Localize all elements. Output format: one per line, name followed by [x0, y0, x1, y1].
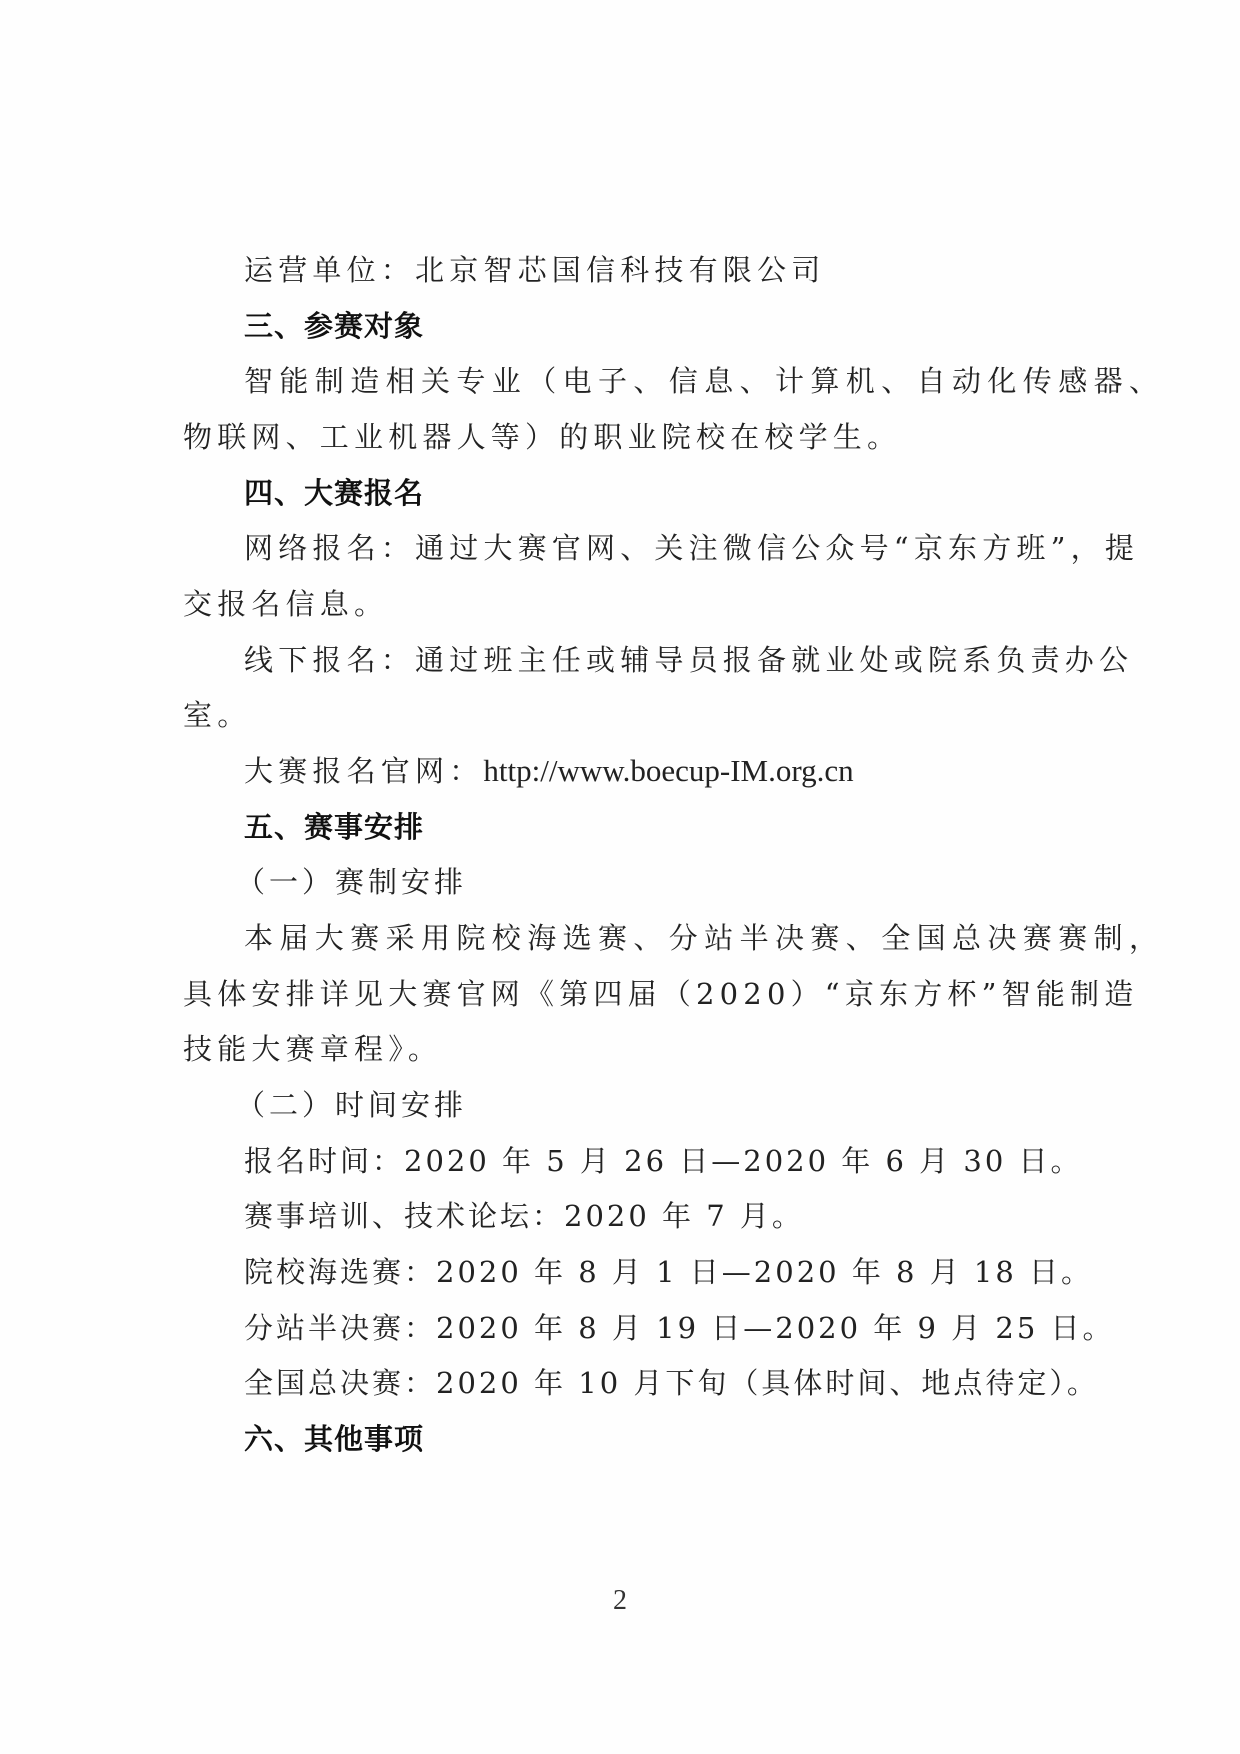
section-5-heading: 五、赛事安排 — [244, 807, 1124, 847]
schedule-preliminary: 院校海选赛：2020 年 8 月 1 日—2020 年 8 月 18 日。 — [244, 1252, 1124, 1292]
website-line: 大赛报名官网：http://www.boecup-IM.org.cn — [244, 751, 1124, 791]
schedule-final: 全国总决赛：2020 年 10 月下旬（具体时间、地点待定）。 — [244, 1363, 1124, 1403]
operator-line: 运营单位：北京智芯国信科技有限公司 — [244, 250, 1124, 290]
format-line-2: 具体安排详见大赛官网《第四届（2020）“京东方杯”智能制造 — [183, 974, 1063, 1014]
online-registration-line-2: 交报名信息。 — [183, 584, 1063, 624]
format-line-1: 本届大赛采用院校海选赛、分站半决赛、全国总决赛赛制， — [244, 918, 1124, 958]
website-label: 大赛报名官网： — [244, 754, 483, 788]
page-number: 2 — [0, 1585, 1240, 1617]
format-line-3: 技能大赛章程》。 — [183, 1029, 1063, 1069]
schedule-registration: 报名时间：2020 年 5 月 26 日—2020 年 6 月 30 日。 — [244, 1141, 1124, 1181]
subsection-2-heading: （二）时间安排 — [236, 1085, 1116, 1125]
section-3-heading: 三、参赛对象 — [244, 306, 1124, 346]
section-3-body-line-2: 物联网、工业机器人等）的职业院校在校学生。 — [183, 417, 1063, 457]
section-4-heading: 四、大赛报名 — [244, 473, 1124, 513]
offline-registration-line-1: 线下报名：通过班主任或辅导员报备就业处或院系负责办公 — [244, 640, 1124, 680]
online-registration-line-1: 网络报名：通过大赛官网、关注微信公众号“京东方班”，提 — [244, 528, 1124, 568]
schedule-semifinal: 分站半决赛：2020 年 8 月 19 日—2020 年 9 月 25 日。 — [244, 1308, 1124, 1348]
section-6-heading: 六、其他事项 — [244, 1419, 1124, 1459]
subsection-1-heading: （一）赛制安排 — [236, 862, 1116, 902]
offline-registration-line-2: 室。 — [183, 695, 1063, 735]
document-page: 运营单位：北京智芯国信科技有限公司 三、参赛对象 智能制造相关专业（电子、信息、… — [0, 0, 1240, 1754]
website-link[interactable]: http://www.boecup-IM.org.cn — [483, 753, 853, 788]
section-3-body-line-1: 智能制造相关专业（电子、信息、计算机、自动化传感器、 — [244, 361, 1124, 401]
schedule-training: 赛事培训、技术论坛：2020 年 7 月。 — [244, 1196, 1124, 1236]
